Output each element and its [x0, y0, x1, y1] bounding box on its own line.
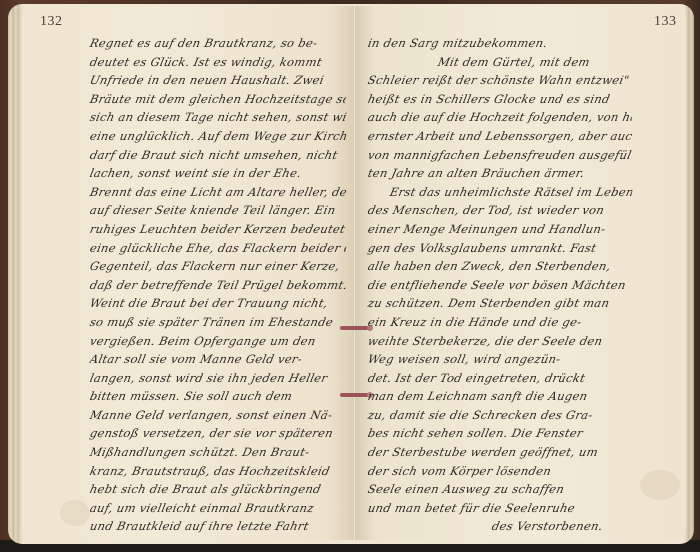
text-line: Altar soll sie vom Manne Geld ver-: [88, 350, 348, 369]
paper-stain: [640, 470, 680, 500]
text-line: Regnet es auf den Brautkranz, so be-: [88, 34, 348, 53]
text-line: der Sterbestube werden geöffnet, um: [366, 443, 634, 462]
text-line: daß der betreffende Teil Prügel bekommt.: [88, 276, 348, 295]
text-line: Brennt das eine Licht am Altare heller, …: [88, 183, 348, 202]
book-gutter: [353, 6, 356, 540]
text-line: ten Jahre an alten Bräuchen ärmer.: [366, 164, 634, 183]
text-line: Weint die Braut bei der Trauung nicht,: [88, 294, 348, 313]
text-line: die entfliehende Seele vor bösen Mächten: [366, 276, 634, 295]
text-line: man dem Leichnam sanft die Augen: [366, 387, 634, 406]
text-line: langen, sonst wird sie ihn jeden Heller: [88, 369, 348, 388]
text-line: einer Menge Meinungen und Handlun-: [366, 220, 634, 239]
text-line: hebt sich die Braut als glückbringend: [88, 480, 348, 499]
text-line: kranz, Brautstrauß, das Hochzeitskleid: [88, 462, 348, 481]
text-line: Bräute mit dem gleichen Hochzeitstage so…: [88, 90, 348, 109]
page-number-right: 133: [654, 14, 677, 30]
text-line: von mannigfachen Lebensfreuden ausgefüll…: [366, 146, 634, 165]
text-line: auf dieser Seite kniende Teil länger. Ei…: [88, 201, 348, 220]
text-line: des Menschen, der Tod, ist wieder von: [366, 201, 634, 220]
text-line: Mit dem Gürtel, mit dem: [366, 53, 634, 72]
text-line: in den Sarg mitzubekommen.: [366, 34, 634, 53]
text-line: weihte Sterbekerze, die der Seele den: [366, 332, 634, 351]
text-line: eine unglücklich. Auf dem Wege zur Kirch…: [88, 127, 348, 146]
text-line: ernster Arbeit und Lebenssorgen, aber au…: [366, 127, 634, 146]
text-line: Weg weisen soll, wird angezün-: [366, 350, 634, 369]
text-line: Erst das unheimlichste Rätsel im Leben: [366, 183, 634, 202]
text-line: und Brautkleid auf ihre letzte Fahrt: [88, 517, 348, 536]
text-line: auf, um vielleicht einmal Brautkranz: [88, 499, 348, 518]
text-line: so muß sie später Tränen im Ehestande: [88, 313, 348, 332]
text-line: eine glückliche Ehe, das Flackern beider…: [88, 239, 348, 258]
text-line: det. Ist der Tod eingetreten, drückt: [366, 369, 634, 388]
left-page-text: Regnet es auf den Brautkranz, so be- deu…: [90, 34, 346, 536]
text-line: bitten müssen. Sie soll auch dem: [88, 387, 348, 406]
text-line: lachen, sonst weint sie in der Ehe.: [88, 164, 348, 183]
text-line: bes nicht sehen sollen. Die Fenster: [366, 424, 634, 443]
text-line: genstoß versetzen, der sie vor späteren: [88, 424, 348, 443]
text-line: Schleier reißt der schönste Wahn entzwei…: [366, 71, 634, 90]
text-line: zu schützen. Dem Sterbenden gibt man: [366, 294, 634, 313]
text-line: des Verstorbenen.: [366, 517, 634, 536]
text-line: ruhiges Leuchten beider Kerzen bedeutet: [88, 220, 348, 239]
paper-stain: [60, 500, 90, 526]
text-line: Mißhandlungen schützt. Den Braut-: [88, 443, 348, 462]
text-line: der sich vom Körper lösenden: [366, 462, 634, 481]
text-line: auch die auf die Hochzeit folgenden, von…: [366, 108, 634, 127]
text-line: gen des Volksglaubens umrankt. Fast: [366, 239, 634, 258]
text-line: Seele einen Ausweg zu schaffen: [366, 480, 634, 499]
text-line: ein Kreuz in die Hände und die ge-: [366, 313, 634, 332]
text-line-with-strikethrough: Manne Geld verlangen, sonst einen Nä-: [88, 406, 348, 425]
text-line: alle haben den Zweck, den Sterbenden,: [366, 257, 634, 276]
text-line: sich an diesem Tage nicht sehen, sonst w…: [88, 108, 348, 127]
text-line: und man betet für die Seelenruhe: [366, 499, 634, 518]
text-line: darf die Braut sich nicht umsehen, nicht: [88, 146, 348, 165]
text-line: vergießen. Beim Opfergange um den: [88, 332, 348, 351]
page-number-left: 132: [40, 14, 63, 30]
text-line: Unfriede in den neuen Haushalt. Zwei: [88, 71, 348, 90]
right-page-text: in den Sarg mitzubekommen. Mit dem Gürte…: [368, 34, 632, 536]
text-line: zu, damit sie die Schrecken des Gra-: [366, 406, 634, 425]
text-line: Gegenteil, das Flackern nur einer Kerze,: [88, 257, 348, 276]
text-line: heißt es in Schillers Glocke und es sind: [366, 90, 634, 109]
text-line: deutet es Glück. Ist es windig, kommt: [88, 53, 348, 72]
